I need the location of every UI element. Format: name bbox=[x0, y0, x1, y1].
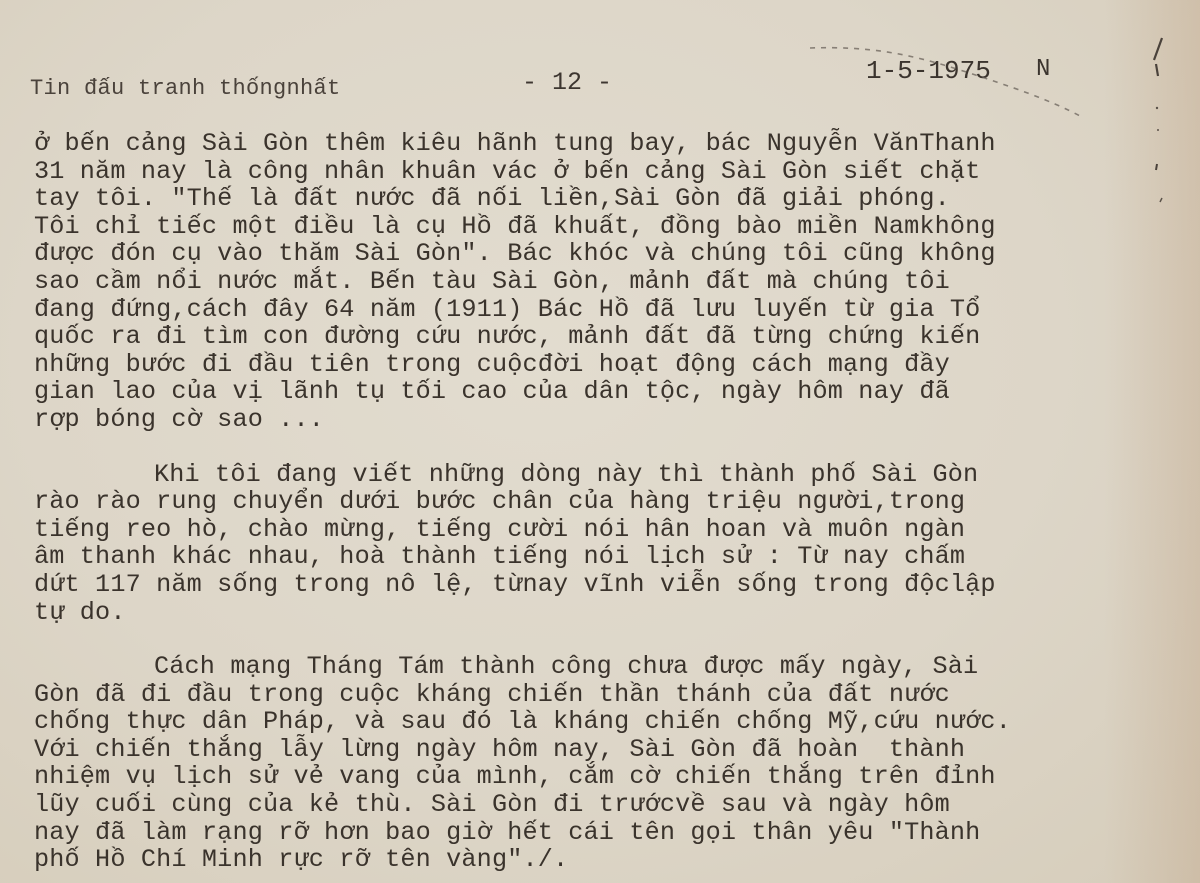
running-title: Tin đấu tranh thốngnhất bbox=[30, 76, 341, 101]
text-line: tự do. bbox=[34, 599, 1144, 627]
text-line: sao cầm nổi nước mắt. Bến tàu Sài Gòn, m… bbox=[34, 268, 1144, 296]
page-number: - 12 - bbox=[522, 68, 612, 97]
pencil-dashed-stroke bbox=[790, 40, 1090, 120]
text-line: Với chiến thắng lẫy lừng ngày hôm nay, S… bbox=[34, 736, 1144, 764]
paragraph: Khi tôi đang viết những dòng này thì thà… bbox=[34, 461, 1144, 627]
text-line: dứt 117 năm sống trong nô lệ, từnay vĩnh… bbox=[34, 571, 1144, 599]
text-line: Cách mạng Tháng Tám thành công chưa được… bbox=[34, 653, 1144, 681]
text-line: Tôi chỉ tiếc một điều là cụ Hồ đã khuất,… bbox=[34, 213, 1144, 241]
text-line: chống thực dân Pháp, và sau đó là kháng … bbox=[34, 708, 1144, 736]
text-line: âm thanh khác nhau, hoà thành tiếng nói … bbox=[34, 543, 1144, 571]
text-line: phố Hồ Chí Minh rực rỡ tên vàng"./. bbox=[34, 846, 1144, 874]
text-line: Gòn đã đi đầu trong cuộc kháng chiến thầ… bbox=[34, 681, 1144, 709]
text-line: được đón cụ vào thăm Sài Gòn". Bác khóc … bbox=[34, 240, 1144, 268]
text-line: nay đã làm rạng rỡ hơn bao giờ hết cái t… bbox=[34, 819, 1144, 847]
text-line: 31 năm nay là công nhân khuân vác ở bến … bbox=[34, 158, 1144, 186]
margin-pencil-marks bbox=[1140, 30, 1180, 230]
document-body: ở bến cảng Sài Gòn thêm kiêu hãnh tung b… bbox=[34, 130, 1144, 874]
text-line: Khi tôi đang viết những dòng này thì thà… bbox=[34, 461, 1144, 489]
text-line: những bước đi đầu tiên trong cuộcđời hoạ… bbox=[34, 351, 1144, 379]
text-line: rào rào rung chuyển dưới bước chân của h… bbox=[34, 488, 1144, 516]
paragraph: ở bến cảng Sài Gòn thêm kiêu hãnh tung b… bbox=[34, 130, 1144, 434]
text-line: tay tôi. "Thế là đất nước đã nối liền,Sà… bbox=[34, 185, 1144, 213]
text-line: đang đứng,cách đây 64 năm (1911) Bác Hồ … bbox=[34, 296, 1144, 324]
text-line: ở bến cảng Sài Gòn thêm kiêu hãnh tung b… bbox=[34, 130, 1144, 158]
text-line: gian lao của vị lãnh tụ tối cao của dân … bbox=[34, 378, 1144, 406]
text-line: nhiệm vụ lịch sử vẻ vang của mình, cắm c… bbox=[34, 763, 1144, 791]
text-line: lũy cuối cùng của kẻ thù. Sài Gòn đi trư… bbox=[34, 791, 1144, 819]
text-line: quốc ra đi tìm con đường cứu nước, mảnh … bbox=[34, 323, 1144, 351]
text-line: rợp bóng cờ sao ... bbox=[34, 406, 1144, 434]
paragraph: Cách mạng Tháng Tám thành công chưa được… bbox=[34, 653, 1144, 874]
typewritten-document-page: Tin đấu tranh thốngnhất - 12 - 1-5-1975 … bbox=[0, 0, 1200, 883]
text-line: tiếng reo hò, chào mừng, tiếng cười nói … bbox=[34, 516, 1144, 544]
